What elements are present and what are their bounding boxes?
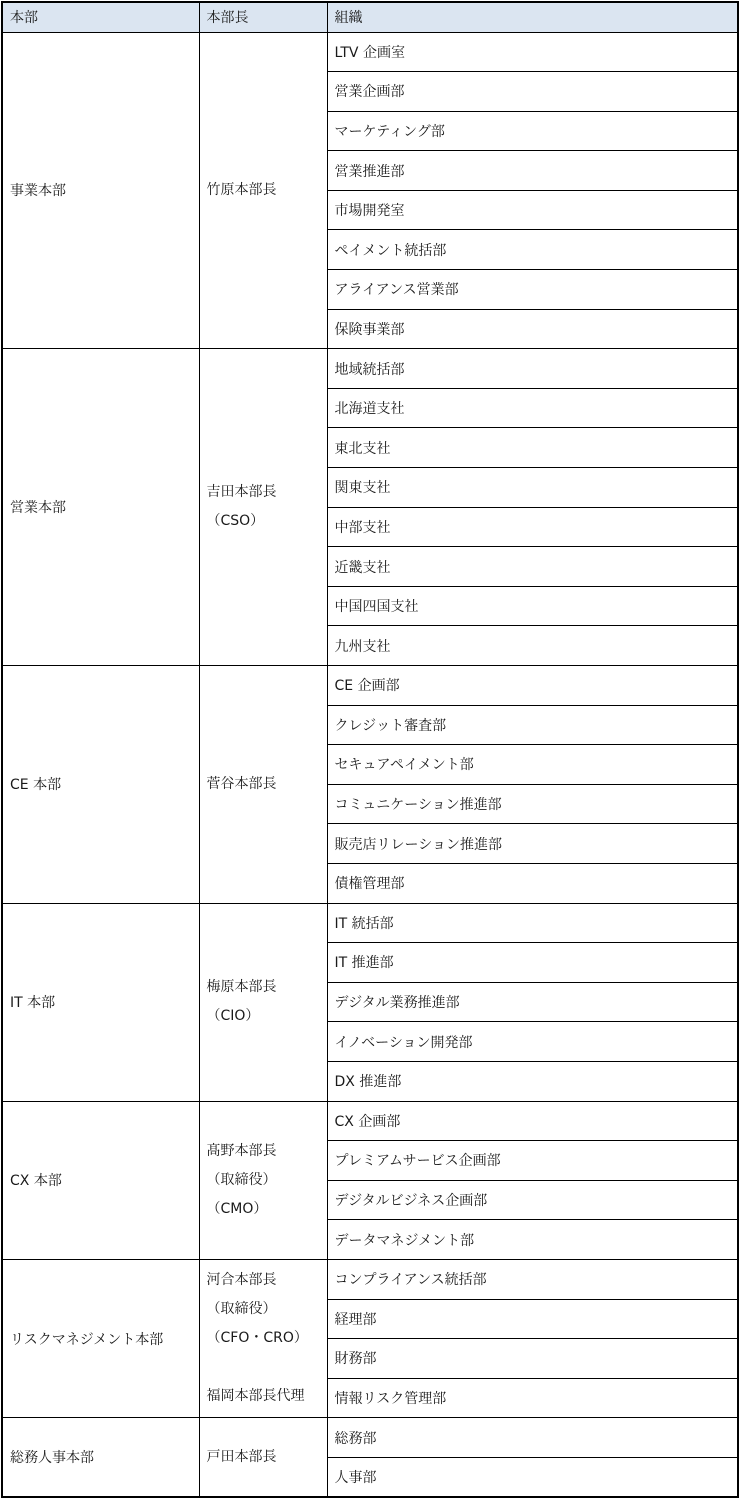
org-row: CE 本部菅谷本部長CE 企画部 [2, 666, 738, 706]
table-header-row: 本部 本部長 組織 [2, 2, 738, 32]
org-structure-table: 本部 本部長 組織 事業本部竹原本部長LTV 企画室営業企画部マーケティング部営… [1, 1, 739, 1498]
org-cell: デジタル業務推進部 [327, 982, 738, 1022]
org-cell: 人事部 [327, 1457, 738, 1497]
division-head-cell: 梅原本部長（CIO） [199, 903, 327, 1101]
division-head-line: （取締役） [207, 1295, 320, 1324]
org-cell: コンプライアンス統括部 [327, 1259, 738, 1299]
division-head-cell: 吉田本部長（CSO） [199, 349, 327, 666]
org-cell: 地域統括部 [327, 349, 738, 389]
org-cell: 中部支社 [327, 507, 738, 547]
division-head-cell: 竹原本部長 [199, 32, 327, 349]
org-cell: LTV 企画室 [327, 32, 738, 72]
org-cell: DX 推進部 [327, 1061, 738, 1101]
org-cell: 中国四国支社 [327, 586, 738, 626]
division-head-line: 菅谷本部長 [207, 770, 320, 799]
org-cell: 情報リスク管理部 [327, 1378, 738, 1418]
division-head-line: 髙野本部長 [207, 1137, 320, 1166]
column-header-division-head: 本部長 [199, 2, 327, 32]
org-cell: マーケティング部 [327, 111, 738, 151]
org-cell: デジタルビジネス企画部 [327, 1180, 738, 1220]
division-head-line: 竹原本部長 [207, 176, 320, 205]
org-row: 事業本部竹原本部長LTV 企画室 [2, 32, 738, 72]
division-head-line: 福岡本部長代理 [207, 1382, 320, 1411]
division-cell: 営業本部 [2, 349, 199, 666]
org-cell: コミュニケーション推進部 [327, 784, 738, 824]
org-cell: 市場開発室 [327, 190, 738, 230]
org-cell: プレミアムサービス企画部 [327, 1141, 738, 1181]
org-cell: 保険事業部 [327, 309, 738, 349]
division-cell: CX 本部 [2, 1101, 199, 1259]
org-row: 営業本部吉田本部長（CSO）地域統括部 [2, 349, 738, 389]
org-cell: セキュアペイメント部 [327, 745, 738, 785]
org-cell: 販売店リレーション推進部 [327, 824, 738, 864]
org-cell: 東北支社 [327, 428, 738, 468]
division-head-cell: 髙野本部長（取締役）（CMO） [199, 1101, 327, 1259]
division-cell: 総務人事本部 [2, 1418, 199, 1497]
org-cell: 営業企画部 [327, 72, 738, 112]
org-cell: イノベーション開発部 [327, 1022, 738, 1062]
org-cell: データマネジメント部 [327, 1220, 738, 1260]
division-head-line: 梅原本部長 [207, 973, 320, 1002]
org-cell: 財務部 [327, 1339, 738, 1379]
division-cell: リスクマネジメント本部 [2, 1259, 199, 1417]
division-head-line: 河合本部長 [207, 1266, 320, 1295]
division-head-line: 吉田本部長 [207, 478, 320, 507]
division-head-line: （CSO） [207, 507, 320, 536]
org-cell: 北海道支社 [327, 388, 738, 428]
column-header-organization: 組織 [327, 2, 738, 32]
division-head-line [207, 1353, 320, 1382]
division-head-line: （取締役） [207, 1166, 320, 1195]
org-cell: 総務部 [327, 1418, 738, 1458]
division-head-line: 戸田本部長 [207, 1443, 320, 1472]
org-row: 総務人事本部戸田本部長総務部 [2, 1418, 738, 1458]
org-cell: IT 統括部 [327, 903, 738, 943]
org-cell: 経理部 [327, 1299, 738, 1339]
org-cell: 九州支社 [327, 626, 738, 666]
org-row: CX 本部髙野本部長（取締役）（CMO）CX 企画部 [2, 1101, 738, 1141]
org-cell: IT 推進部 [327, 943, 738, 983]
division-head-cell: 菅谷本部長 [199, 666, 327, 904]
division-head-cell: 河合本部長（取締役）（CFO・CRO）福岡本部長代理 [199, 1259, 327, 1417]
division-head-line: （CMO） [207, 1195, 320, 1224]
org-cell: アライアンス営業部 [327, 270, 738, 310]
division-cell: 事業本部 [2, 32, 199, 349]
org-cell: クレジット審査部 [327, 705, 738, 745]
org-row: リスクマネジメント本部河合本部長（取締役）（CFO・CRO）福岡本部長代理コンプ… [2, 1259, 738, 1299]
division-head-line: （CIO） [207, 1002, 320, 1031]
org-row: IT 本部梅原本部長（CIO）IT 統括部 [2, 903, 738, 943]
division-cell: IT 本部 [2, 903, 199, 1101]
org-cell: CX 企画部 [327, 1101, 738, 1141]
document-page: 本部 本部長 組織 事業本部竹原本部長LTV 企画室営業企画部マーケティング部営… [0, 0, 740, 1500]
division-cell: CE 本部 [2, 666, 199, 904]
org-cell: 近畿支社 [327, 547, 738, 587]
org-cell: 営業推進部 [327, 151, 738, 191]
org-cell: CE 企画部 [327, 666, 738, 706]
org-cell: ペイメント統括部 [327, 230, 738, 270]
org-cell: 関東支社 [327, 468, 738, 508]
column-header-division: 本部 [2, 2, 199, 32]
division-head-cell: 戸田本部長 [199, 1418, 327, 1497]
org-cell: 債権管理部 [327, 863, 738, 903]
division-head-line: （CFO・CRO） [207, 1324, 320, 1353]
